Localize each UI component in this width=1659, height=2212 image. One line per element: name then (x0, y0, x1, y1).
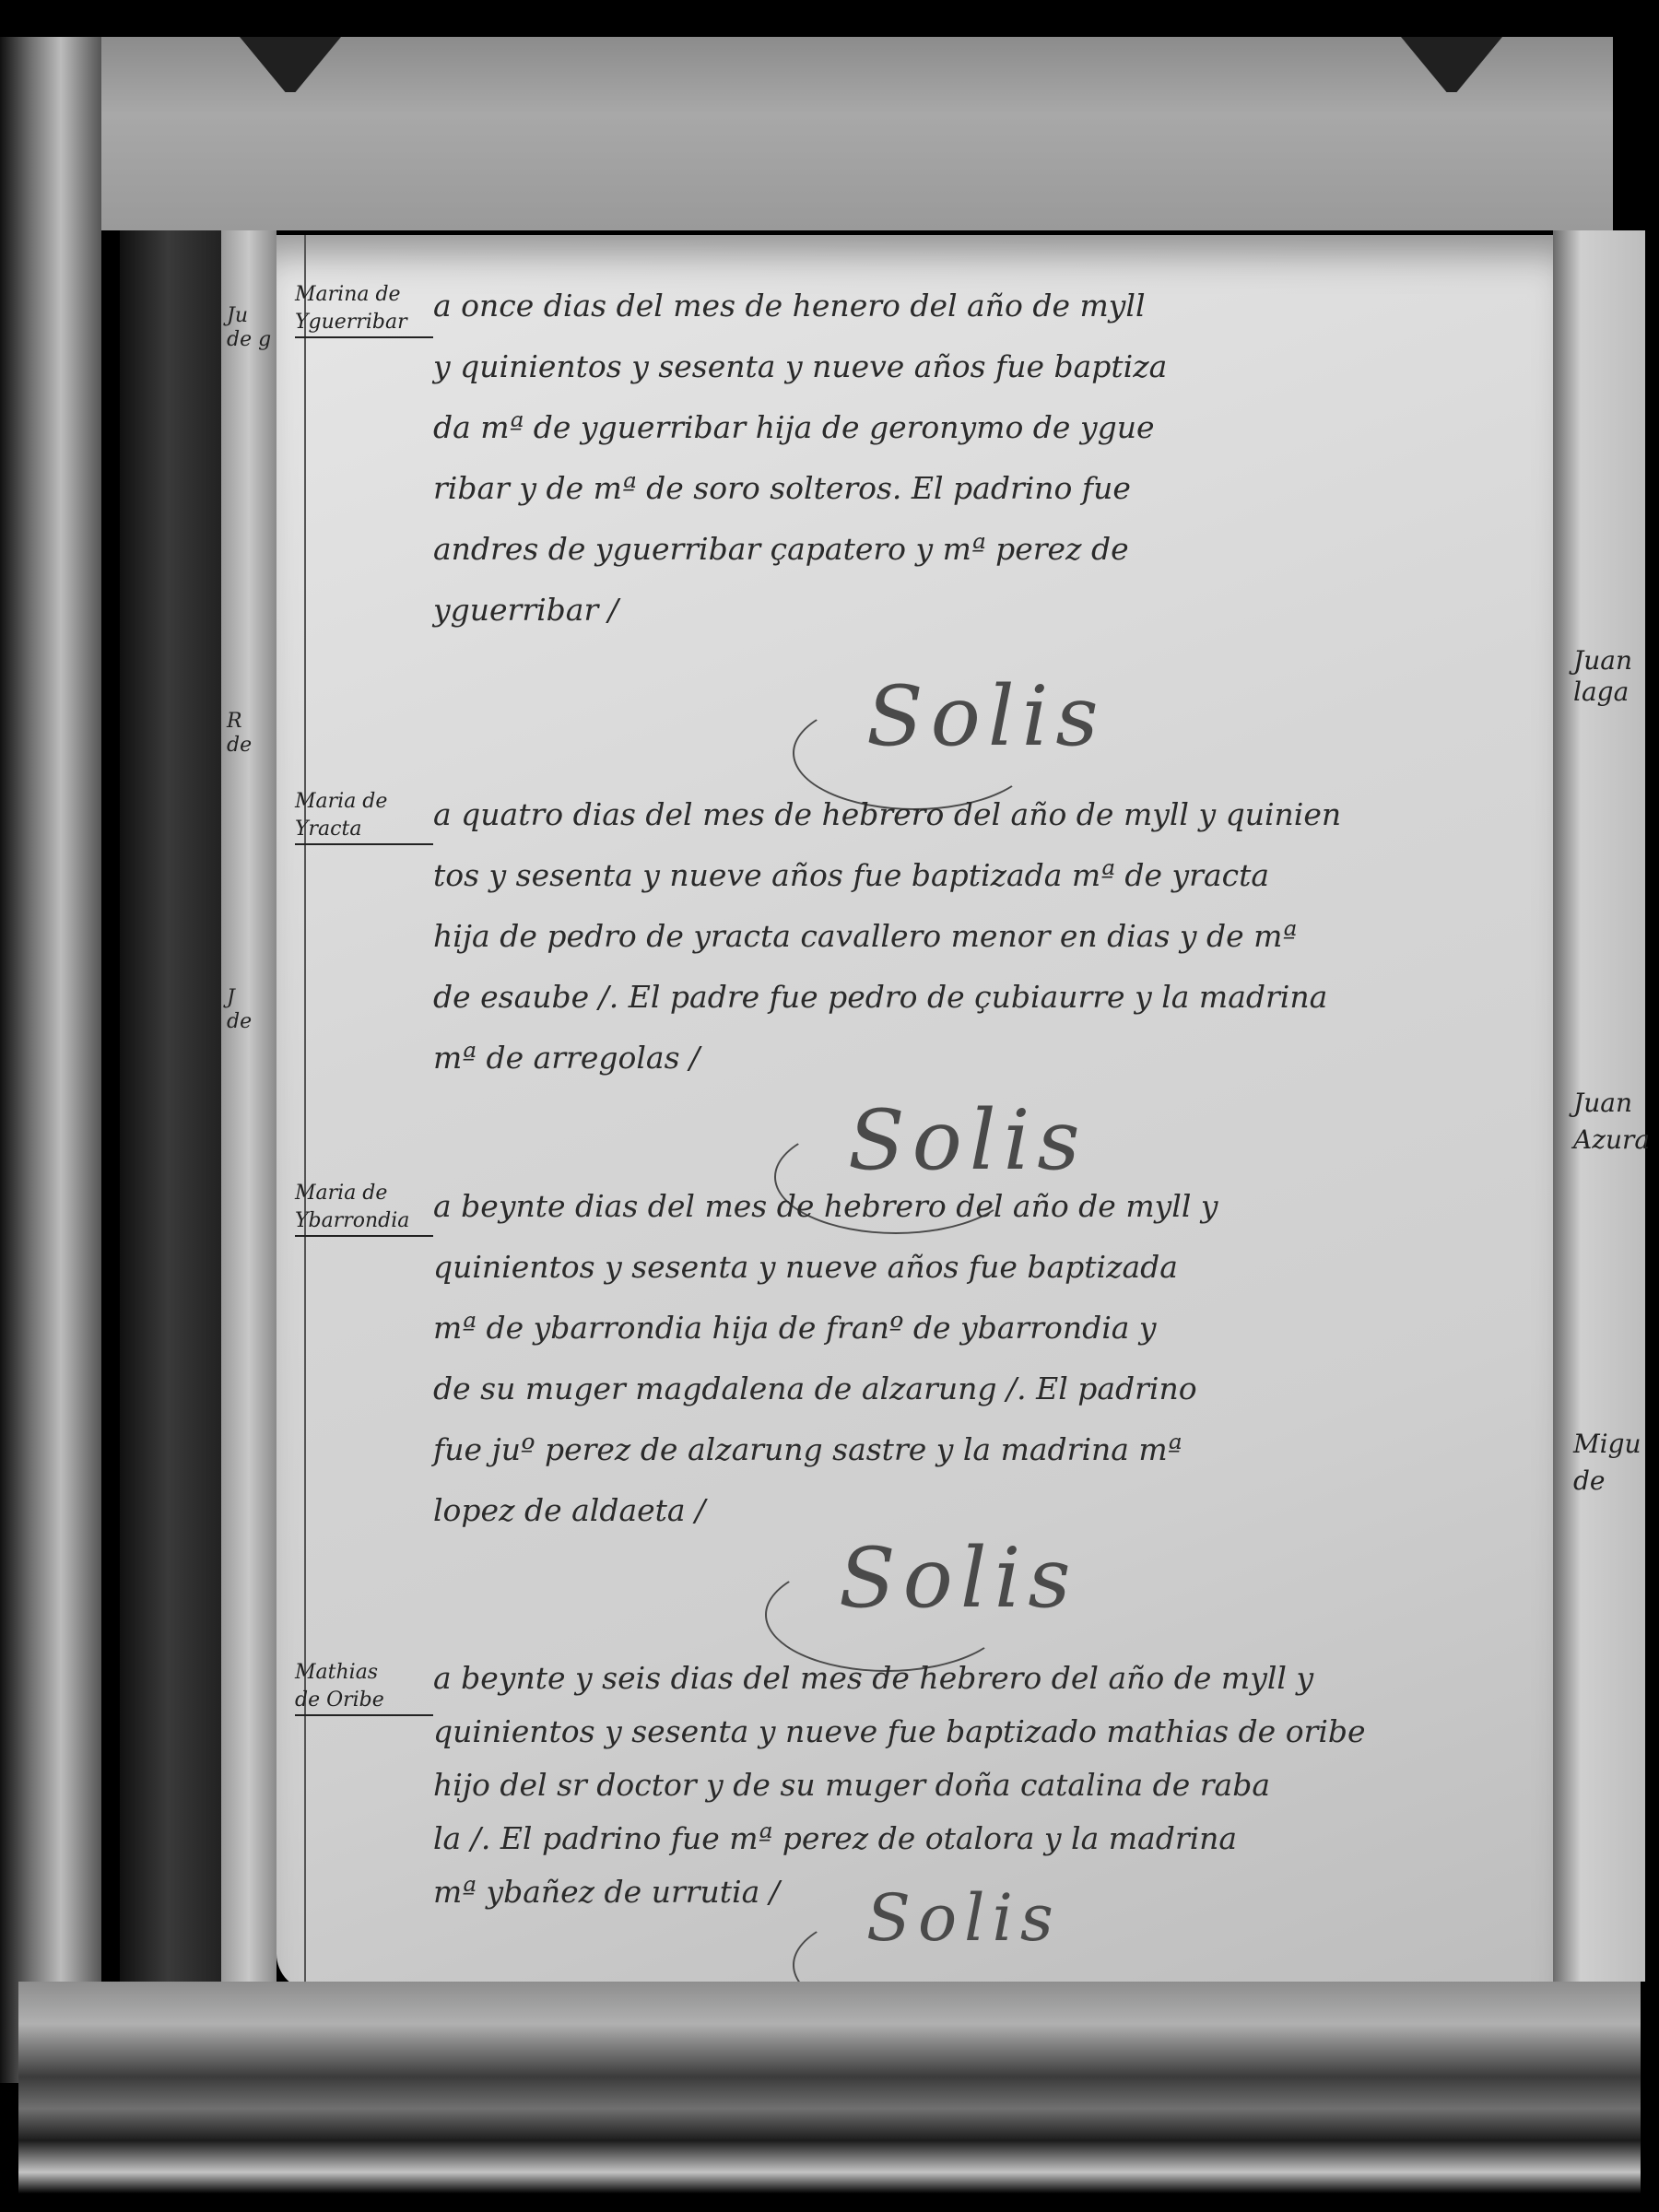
entry-line: mª de arregolas / (433, 1028, 1521, 1088)
wooden-frame-top (101, 37, 1613, 230)
entry-line: a once dias del mes de henero del año de… (433, 276, 1521, 336)
margin-name: Maria de Yracta (295, 788, 433, 845)
entry-line: andres de yguerribar çapatero y mª perez… (433, 519, 1521, 580)
wooden-frame-bottom (18, 1982, 1641, 2194)
entry-line: hijo del sr doctor y de su muger doña ca… (433, 1759, 1521, 1812)
signature-rubric: Solis (866, 1880, 1061, 1956)
entry-line: a quatro dias del mes de hebrero del año… (433, 784, 1521, 845)
entry-line: a beynte dias del mes de hebrero del año… (433, 1176, 1521, 1237)
right-margin-fragment: Azura (1573, 1124, 1650, 1156)
left-wooden-post (0, 37, 101, 2083)
right-margin-fragment: laga (1573, 677, 1629, 708)
right-margin-fragment: Juan (1573, 1088, 1632, 1119)
entry-line: y quinientos y sesenta y nueve años fue … (433, 336, 1521, 397)
entry-line: a beynte y seis dias del mes de hebrero … (433, 1652, 1521, 1705)
entry-line: fue juº perez de alzarung sastre y la ma… (433, 1419, 1521, 1480)
margin-ruling-line (304, 235, 306, 1986)
entry-text: a beynte y seis dias del mes de hebrero … (433, 1652, 1521, 1919)
entry-line: quinientos y sesenta y nueve fue baptiza… (433, 1705, 1521, 1759)
left-margin-fragment: de (227, 734, 252, 758)
margin-name: Maria de Ybarrondia (295, 1180, 433, 1237)
entry-line: tos y sesenta y nueve años fue baptizada… (433, 845, 1521, 906)
entry-text: a once dias del mes de henero del año de… (433, 276, 1521, 641)
entry-text: a quatro dias del mes de hebrero del año… (433, 784, 1521, 1088)
right-margin-fragment: Juan (1573, 645, 1632, 677)
signature-rubric: Solis (848, 1092, 1088, 1189)
next-page-edge: Juan laga Juan Azura Migu de (1553, 230, 1645, 1982)
left-margin-fragment: de (227, 1010, 252, 1034)
previous-page-edge: Ju de g R de J de (221, 230, 276, 1982)
left-margin-fragment: J (227, 986, 235, 1010)
right-margin-fragment: Migu (1573, 1429, 1641, 1460)
manuscript-page: Marina de Yguerribar a once dias del mes… (276, 235, 1553, 1991)
signature-rubric: Solis (866, 668, 1106, 765)
entry-line: da mª de yguerribar hija de geronymo de … (433, 397, 1521, 458)
margin-name: Mathias de Oribe (295, 1659, 433, 1716)
entry-line: la /. El padrino fue mª perez de otalora… (433, 1812, 1521, 1865)
entry-line: yguerribar / (433, 580, 1521, 641)
margin-name: Marina de Yguerribar (295, 281, 433, 338)
entry-line: de esaube /. El padre fue pedro de çubia… (433, 967, 1521, 1028)
left-margin-fragment: de g (227, 328, 271, 352)
right-margin-fragment: de (1573, 1465, 1606, 1497)
entry-line: de su muger magdalena de alzarung /. El … (433, 1359, 1521, 1419)
left-margin-fragment: Ju (227, 304, 248, 328)
entry-text: a beynte dias del mes de hebrero del año… (433, 1176, 1521, 1541)
entry-line: hija de pedro de yracta cavallero menor … (433, 906, 1521, 967)
entry-line: ribar y de mª de soro solteros. El padri… (433, 458, 1521, 519)
entry-line: quinientos y sesenta y nueve años fue ba… (433, 1237, 1521, 1298)
signature-rubric: Solis (839, 1530, 1078, 1627)
entry-line: mª de ybarrondia hija de franº de ybarro… (433, 1298, 1521, 1359)
left-margin-fragment: R (227, 710, 242, 734)
